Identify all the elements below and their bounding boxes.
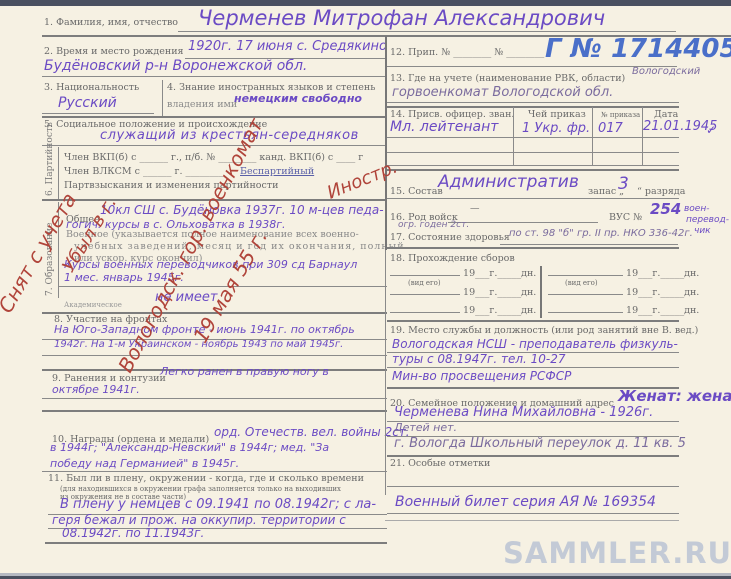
field-12-value: Г № 1714405 (545, 36, 731, 62)
field-20-value-2: Черменева Нина Михайловна - 1926г. (394, 406, 653, 419)
field-6-line-3: Партвзыскания и изменения партийности (64, 181, 278, 191)
field-20-value-1: Женат: жена (618, 389, 731, 404)
divider (387, 169, 679, 171)
field-16-vus-value: 254 (650, 202, 681, 217)
field-18-entry: 19___г._____дн. (390, 288, 536, 298)
field-7-academic-label: Академическое (64, 302, 122, 309)
divider (387, 198, 679, 199)
field-16-value: — (470, 204, 480, 214)
field-3-value: Русский (58, 96, 117, 110)
field-17-value: по ст. 98 "б" гр. II пр. НКО 336-42г. (509, 229, 693, 239)
field-16-vus-note-1: воен- (684, 205, 709, 214)
military-registration-card: 1. Фамилия, имя, отчество Черменев Митро… (0, 6, 731, 576)
field-16-vus-note-2: перевод- (686, 216, 729, 225)
field-9-value-1: Легко ранен в правую ногу в (160, 366, 329, 377)
field-14-col-order-by: Чей приказ (528, 110, 586, 120)
field-10-value-1: орд. Отечеств. вел. войны 2ст. (214, 426, 410, 438)
field-13-value-2: горвоенкомат Вологодской обл. (392, 86, 613, 99)
field-14-order-by: 1 Укр. фр. (522, 122, 590, 135)
field-15-label: 15. Состав (390, 187, 443, 197)
field-3-label: 3. Национальность (44, 83, 139, 93)
divider (387, 102, 679, 103)
field-16-vus-note-3: чик (694, 227, 711, 236)
field-1-label: 1. Фамилия, имя, отчество (44, 18, 178, 28)
divider (42, 116, 387, 118)
divider (387, 320, 679, 322)
divider (387, 247, 679, 249)
divider (387, 152, 679, 153)
divider (178, 31, 676, 32)
field-17-label: 17. Состояние здоровья (390, 233, 510, 243)
field-2-value-2: Будёновский р-н Воронежской обл. (44, 59, 307, 73)
field-18-entry: 19___г._____дн. (548, 288, 699, 298)
field-6-nonparty: Беспартийный (240, 167, 314, 177)
divider (42, 113, 154, 114)
field-13-label: 13. Где на учете (наименование РВК, обла… (390, 74, 625, 84)
divider (387, 513, 679, 514)
divider (387, 137, 679, 138)
divider (42, 410, 387, 412)
field-7-general-value-1: 10кл СШ с. Будёновка 1937г. 10 м-цев пед… (100, 204, 384, 216)
field-19-value-1: Вологодская НСШ - преподаватель физкуль- (392, 338, 678, 350)
field-21-value: Военный билет серия АЯ № 169354 (395, 495, 656, 509)
divider (387, 106, 679, 108)
field-20-value-4: г. Вологда Школьный переулок д. 11 кв. 5 (394, 437, 686, 450)
divider (387, 367, 679, 368)
field-11-label: 11. Был ли в плену, окружении - когда, г… (48, 474, 364, 484)
divider (513, 107, 514, 165)
divider (387, 486, 679, 487)
field-16-vus-label: ВУС № (609, 213, 642, 223)
column-divider (385, 250, 386, 495)
divider (45, 542, 387, 544)
field-6-line-2: Член ВЛКСМ с ______ г. ________ (64, 167, 224, 177)
divider (540, 266, 542, 318)
divider (642, 107, 643, 165)
divider (385, 520, 679, 521)
field-11-value-1: В плену у немцев с 09.1941 по 08.1942г; … (60, 498, 376, 511)
field-7-military-label-1: Военное (указывается полное наименование… (66, 230, 359, 240)
field-14-rank: Мл. лейтенант (390, 120, 498, 134)
field-18-kind-label: (вид его) (408, 280, 441, 287)
field-6-side-label: 6. Партийность (45, 122, 55, 196)
field-1-value: Черменев Митрофан Александрович (198, 8, 605, 29)
red-annotation-5: Иностр. (325, 158, 400, 202)
divider (42, 145, 387, 146)
check-mark: ✓ (706, 124, 716, 136)
divider (387, 165, 679, 166)
field-14-order-no: 017 (598, 122, 623, 135)
divider (42, 76, 387, 77)
field-9-value-2: октябре 1941г. (52, 384, 140, 395)
field-19-value-3: Мин-во просвещения РСФСР (392, 370, 571, 382)
field-17-prefix: огр. годен 2ст. (398, 221, 469, 230)
divider (448, 222, 598, 223)
column-divider (385, 36, 387, 250)
field-19-label: 19. Место службы и должность (или род за… (390, 326, 698, 336)
field-14-col-order-no: № приказа (601, 112, 640, 119)
field-10-value-2: в 1944г; "Александр-Невский" в 1944г; ме… (50, 442, 329, 453)
field-6-line-1: Член ВКП(б) с ______ г., п/б. № ________… (64, 153, 363, 163)
field-18-kind-label: (вид его) (565, 280, 598, 287)
field-2-value-1: 1920г. 17 июня с. Средякино (188, 40, 387, 53)
field-18-entry: 19___г._____дн. (390, 306, 536, 316)
field-19-value-2: туры с 08.1947г. тел. 10-27 (392, 353, 566, 365)
divider (592, 107, 593, 165)
field-18-entry: 19___г._____дн. (548, 269, 699, 279)
field-21-label: 21. Особые отметки (390, 459, 490, 469)
field-18-entry: 19___г._____дн. (548, 306, 699, 316)
divider (42, 355, 387, 356)
watermark: SAMMLER.RU (503, 536, 731, 570)
field-18-label: 18. Прохождение сборов (390, 254, 515, 264)
field-12-label: 12. Прип. № ________ № ________ (390, 48, 544, 58)
field-20-value-3: Детей нет. (394, 422, 457, 433)
divider (42, 471, 387, 472)
field-13-value-1: Вологодский (632, 67, 700, 77)
field-2-label: 2. Время и место рождения (44, 47, 184, 57)
field-15-value: Административ (438, 174, 579, 191)
field-5-value: служащий из крестьян-середняков (100, 129, 359, 142)
field-7-military-value-1: Курсы военных переводчиков при 309 сд Ба… (64, 259, 357, 270)
divider (162, 80, 163, 116)
field-18-entry: 19___г._____дн. (390, 269, 536, 279)
field-11-note-1: (для находившихся в окружении графа запо… (60, 486, 341, 493)
field-11-value-2: геря бежал и прож. на оккупир. территори… (52, 514, 346, 526)
field-15-category-suffix: “ разряда (637, 187, 685, 197)
field-11-value-3: 08.1942г. по 11.1943г. (62, 527, 204, 539)
divider (42, 398, 387, 399)
divider (387, 455, 679, 457)
field-10-value-3: победу над Германией" в 1945г. (50, 458, 239, 469)
field-4-value: немецким свободно (234, 93, 362, 104)
field-15-category: 3 (618, 176, 629, 193)
divider (500, 244, 678, 245)
field-4-label-2: владения ими (167, 100, 237, 110)
